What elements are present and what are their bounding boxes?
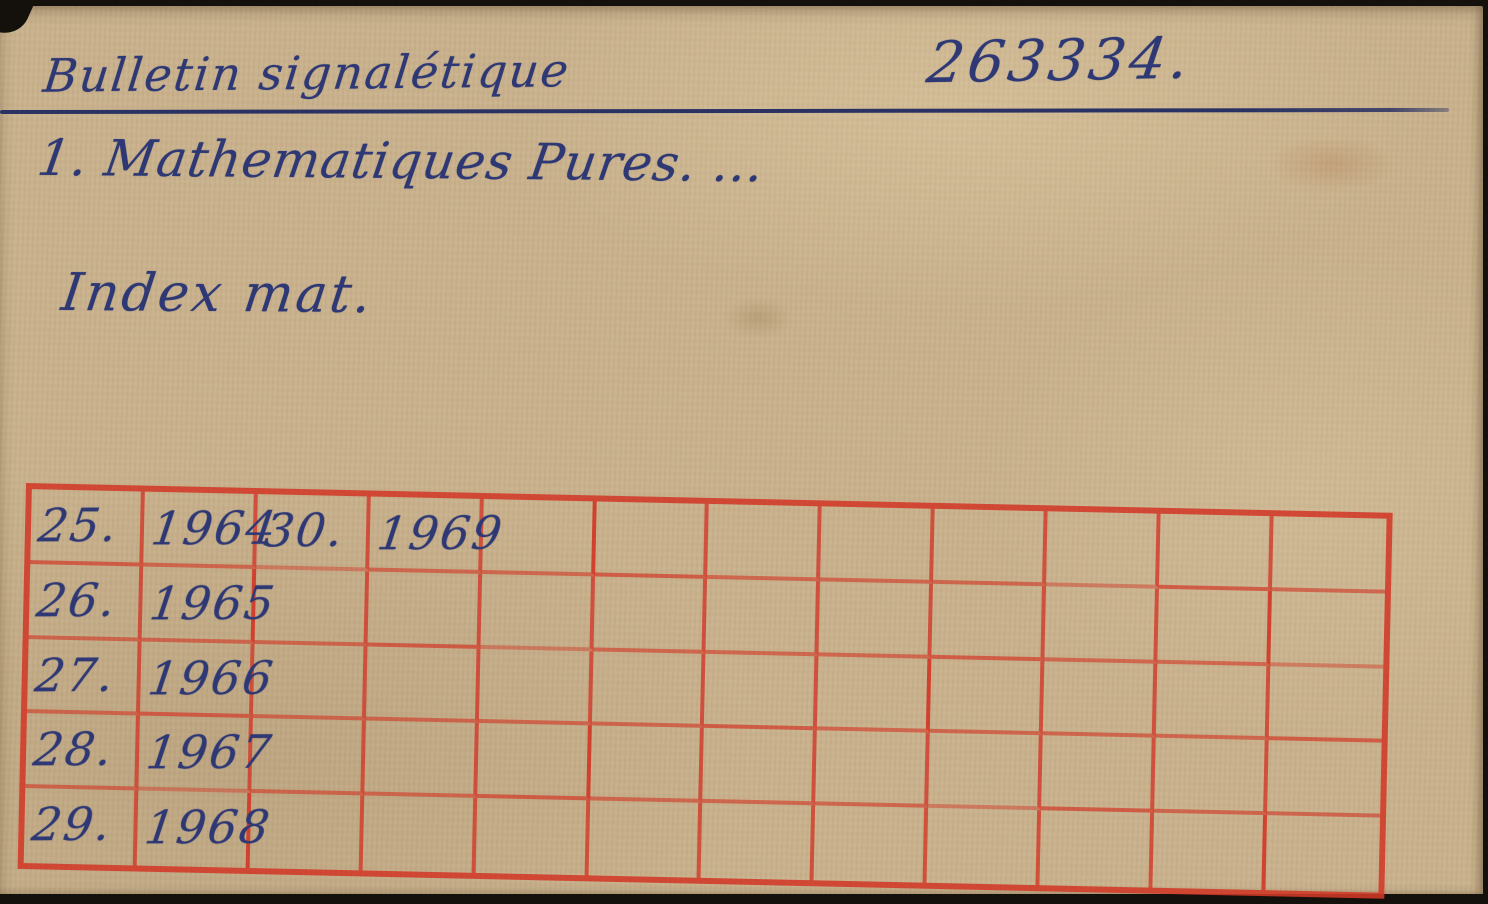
grid-cell — [701, 803, 816, 880]
grid-entry: 26. — [34, 573, 121, 627]
grid-cell — [477, 723, 592, 800]
catalog-card: Bulletin signalétique 263334. 1. Mathema… — [0, 6, 1483, 894]
grid-cell: 27. — [27, 639, 142, 716]
grid-cell: 25. — [30, 489, 145, 566]
catalog-number: 263334. — [923, 26, 1197, 97]
grid-entry: 29. — [29, 797, 116, 851]
grid-cell: 30. — [256, 494, 371, 571]
grid-cell — [928, 733, 1043, 810]
grid-cell — [1045, 586, 1160, 663]
grid-cell: 29. — [24, 788, 139, 865]
grid-cell — [704, 653, 819, 730]
grid-entry: 1968 — [142, 800, 275, 855]
grid-cell — [1270, 591, 1385, 668]
subject-line: 1. Mathematiques Pures. ... — [34, 129, 768, 193]
grid-cell — [1156, 663, 1271, 740]
grid-entry: 27. — [32, 648, 119, 702]
grid-cell — [595, 501, 710, 578]
grid-cell — [1265, 815, 1380, 892]
grid-cell — [479, 649, 594, 726]
grid-cell — [475, 798, 590, 875]
grid-cell — [364, 721, 479, 798]
grid-cell — [1154, 738, 1269, 815]
grid-cell — [1157, 589, 1272, 666]
grid-entry: 30. — [261, 503, 348, 557]
grid-entry: 25. — [35, 498, 122, 552]
holdings-grid: 25.196430.196926.196527.196628.196729.19… — [18, 483, 1393, 899]
grid-cell — [1267, 741, 1382, 818]
index-note: Index mat. — [58, 263, 377, 325]
grid-cell — [816, 731, 931, 808]
grid-cell — [1040, 810, 1155, 887]
grid-cell — [367, 571, 482, 648]
grid-cell: 1968 — [137, 791, 252, 868]
grid-cell — [1046, 511, 1161, 588]
grid-cell — [362, 796, 477, 873]
grid-entry: 28. — [30, 722, 117, 776]
scan-corner-shadow — [0, 0, 35, 41]
grid-cell — [588, 801, 703, 878]
grid-cell — [1041, 736, 1156, 813]
grid-cell — [593, 576, 708, 653]
grid-cell: 1965 — [141, 566, 256, 643]
grid-cell: 1969 — [369, 497, 484, 574]
grid-cell: 1966 — [140, 641, 255, 718]
title-rule-line — [0, 108, 1449, 114]
grid-cell — [930, 658, 1045, 735]
grid-cell — [1159, 514, 1274, 591]
grid-cell — [706, 579, 821, 656]
grid-cell: 1964 — [143, 492, 258, 569]
grid-entry: 1967 — [143, 725, 276, 780]
grid-cell — [480, 574, 595, 651]
grid-cell — [817, 656, 932, 733]
grid-entry: 1964 — [148, 501, 281, 556]
grid-cell — [1272, 516, 1387, 593]
grid-cell: 1967 — [138, 716, 253, 793]
grid-cell — [932, 584, 1047, 661]
grid-cell — [366, 646, 481, 723]
grid-cell — [820, 506, 935, 583]
grid-cell — [591, 651, 706, 728]
grid-cell — [933, 509, 1048, 586]
grid-cell — [1043, 661, 1158, 738]
grid-cell — [708, 504, 823, 581]
grid-cell — [927, 808, 1042, 885]
grid-cell — [819, 581, 934, 658]
grid-cell — [1153, 813, 1268, 890]
grid-cell — [590, 726, 705, 803]
grid-cell — [703, 728, 818, 805]
grid-entry: 1969 — [374, 506, 507, 561]
grid-entry: 1965 — [146, 576, 279, 631]
card-title: Bulletin signalétique — [41, 43, 573, 103]
grid-entry: 1966 — [145, 650, 278, 705]
grid-cell: 28. — [25, 713, 140, 790]
grid-cell: 26. — [29, 564, 144, 641]
grid-cell — [1269, 666, 1384, 743]
grid-cell — [814, 805, 929, 882]
